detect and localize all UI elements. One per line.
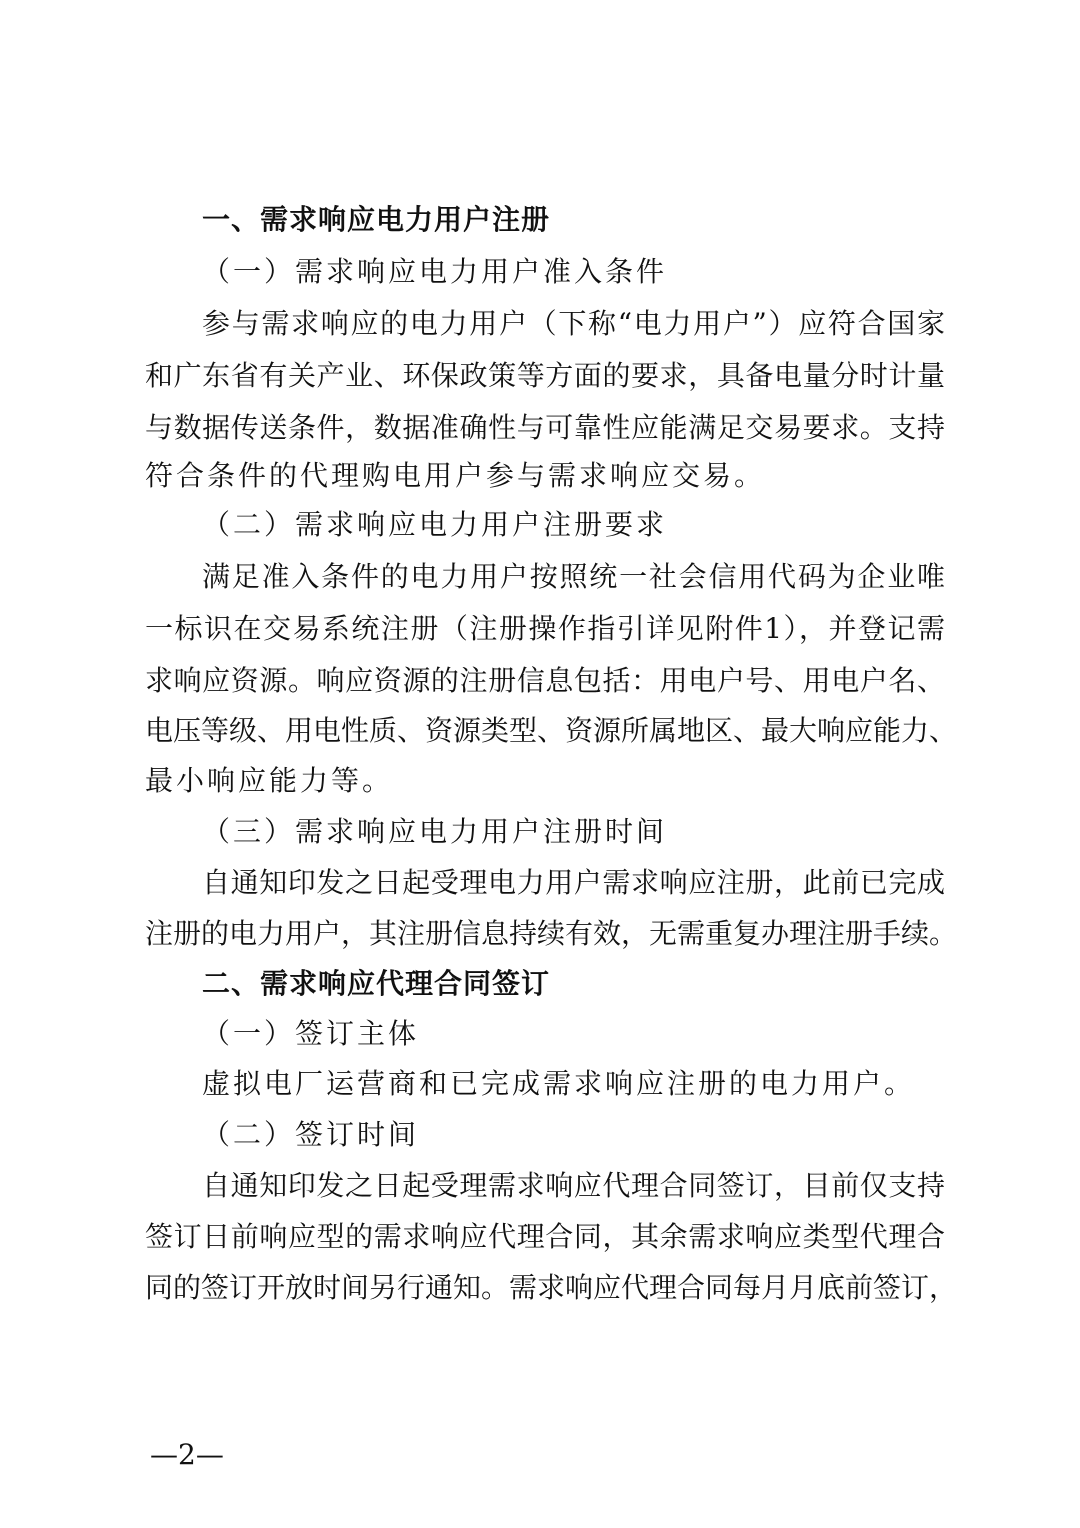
paragraph-line: 自通知印发之日起受理电力用户需求响应注册，此前已完成 — [202, 857, 945, 909]
paragraph-line: 自通知印发之日起受理需求响应代理合同签订，目前仅支持 — [202, 1160, 945, 1212]
paragraph-line: 一标识在交易系统注册（注册操作指引详见附件1），并登记需 — [145, 603, 945, 655]
paragraph-line: 参与需求响应的电力用户（下称“电力用户”）应符合国家 — [202, 298, 945, 350]
paragraph-line: 和广东省有关产业、环保政策等方面的要求，具备电量分时计量 — [145, 350, 945, 402]
subsection-heading: （二）需求响应电力用户注册要求 — [202, 499, 945, 551]
paragraph-line: 求响应资源。响应资源的注册信息包括：用电户号、用电户名、 — [145, 655, 945, 707]
document-page: 一、需求响应电力用户注册 （一）需求响应电力用户准入条件 参与需求响应的电力用户… — [0, 0, 1080, 1528]
section-heading-2: 二、需求响应代理合同签订 — [202, 958, 945, 1010]
paragraph-line: 符合条件的代理购电用户参与需求响应交易。 — [145, 450, 945, 502]
subsection-heading: （三）需求响应电力用户注册时间 — [202, 806, 945, 858]
paragraph-line: 与数据传送条件，数据准确性与可靠性应能满足交易要求。支持 — [145, 402, 945, 454]
paragraph-line: 最小响应能力等。 — [145, 755, 945, 807]
paragraph-line: 签订日前响应型的需求响应代理合同，其余需求响应类型代理合 — [145, 1211, 945, 1263]
subsection-heading: （二）签订时间 — [202, 1109, 945, 1161]
paragraph-line: 虚拟电厂运营商和已完成需求响应注册的电力用户。 — [202, 1058, 945, 1110]
section-heading-1: 一、需求响应电力用户注册 — [202, 194, 945, 246]
paragraph-line: 注册的电力用户，其注册信息持续有效，无需重复办理注册手续。 — [145, 908, 945, 960]
subsection-heading: （一）签订主体 — [202, 1008, 945, 1060]
paragraph-line: 电压等级、用电性质、资源类型、资源所属地区、最大响应能力、 — [145, 705, 945, 757]
paragraph-line: 满足准入条件的电力用户按照统一社会信用代码为企业唯 — [202, 551, 945, 603]
paragraph-line: 同的签订开放时间另行通知。需求响应代理合同每月月底前签订， — [145, 1262, 945, 1314]
subsection-heading: （一）需求响应电力用户准入条件 — [202, 246, 945, 298]
page-number: —2— — [150, 1438, 224, 1471]
